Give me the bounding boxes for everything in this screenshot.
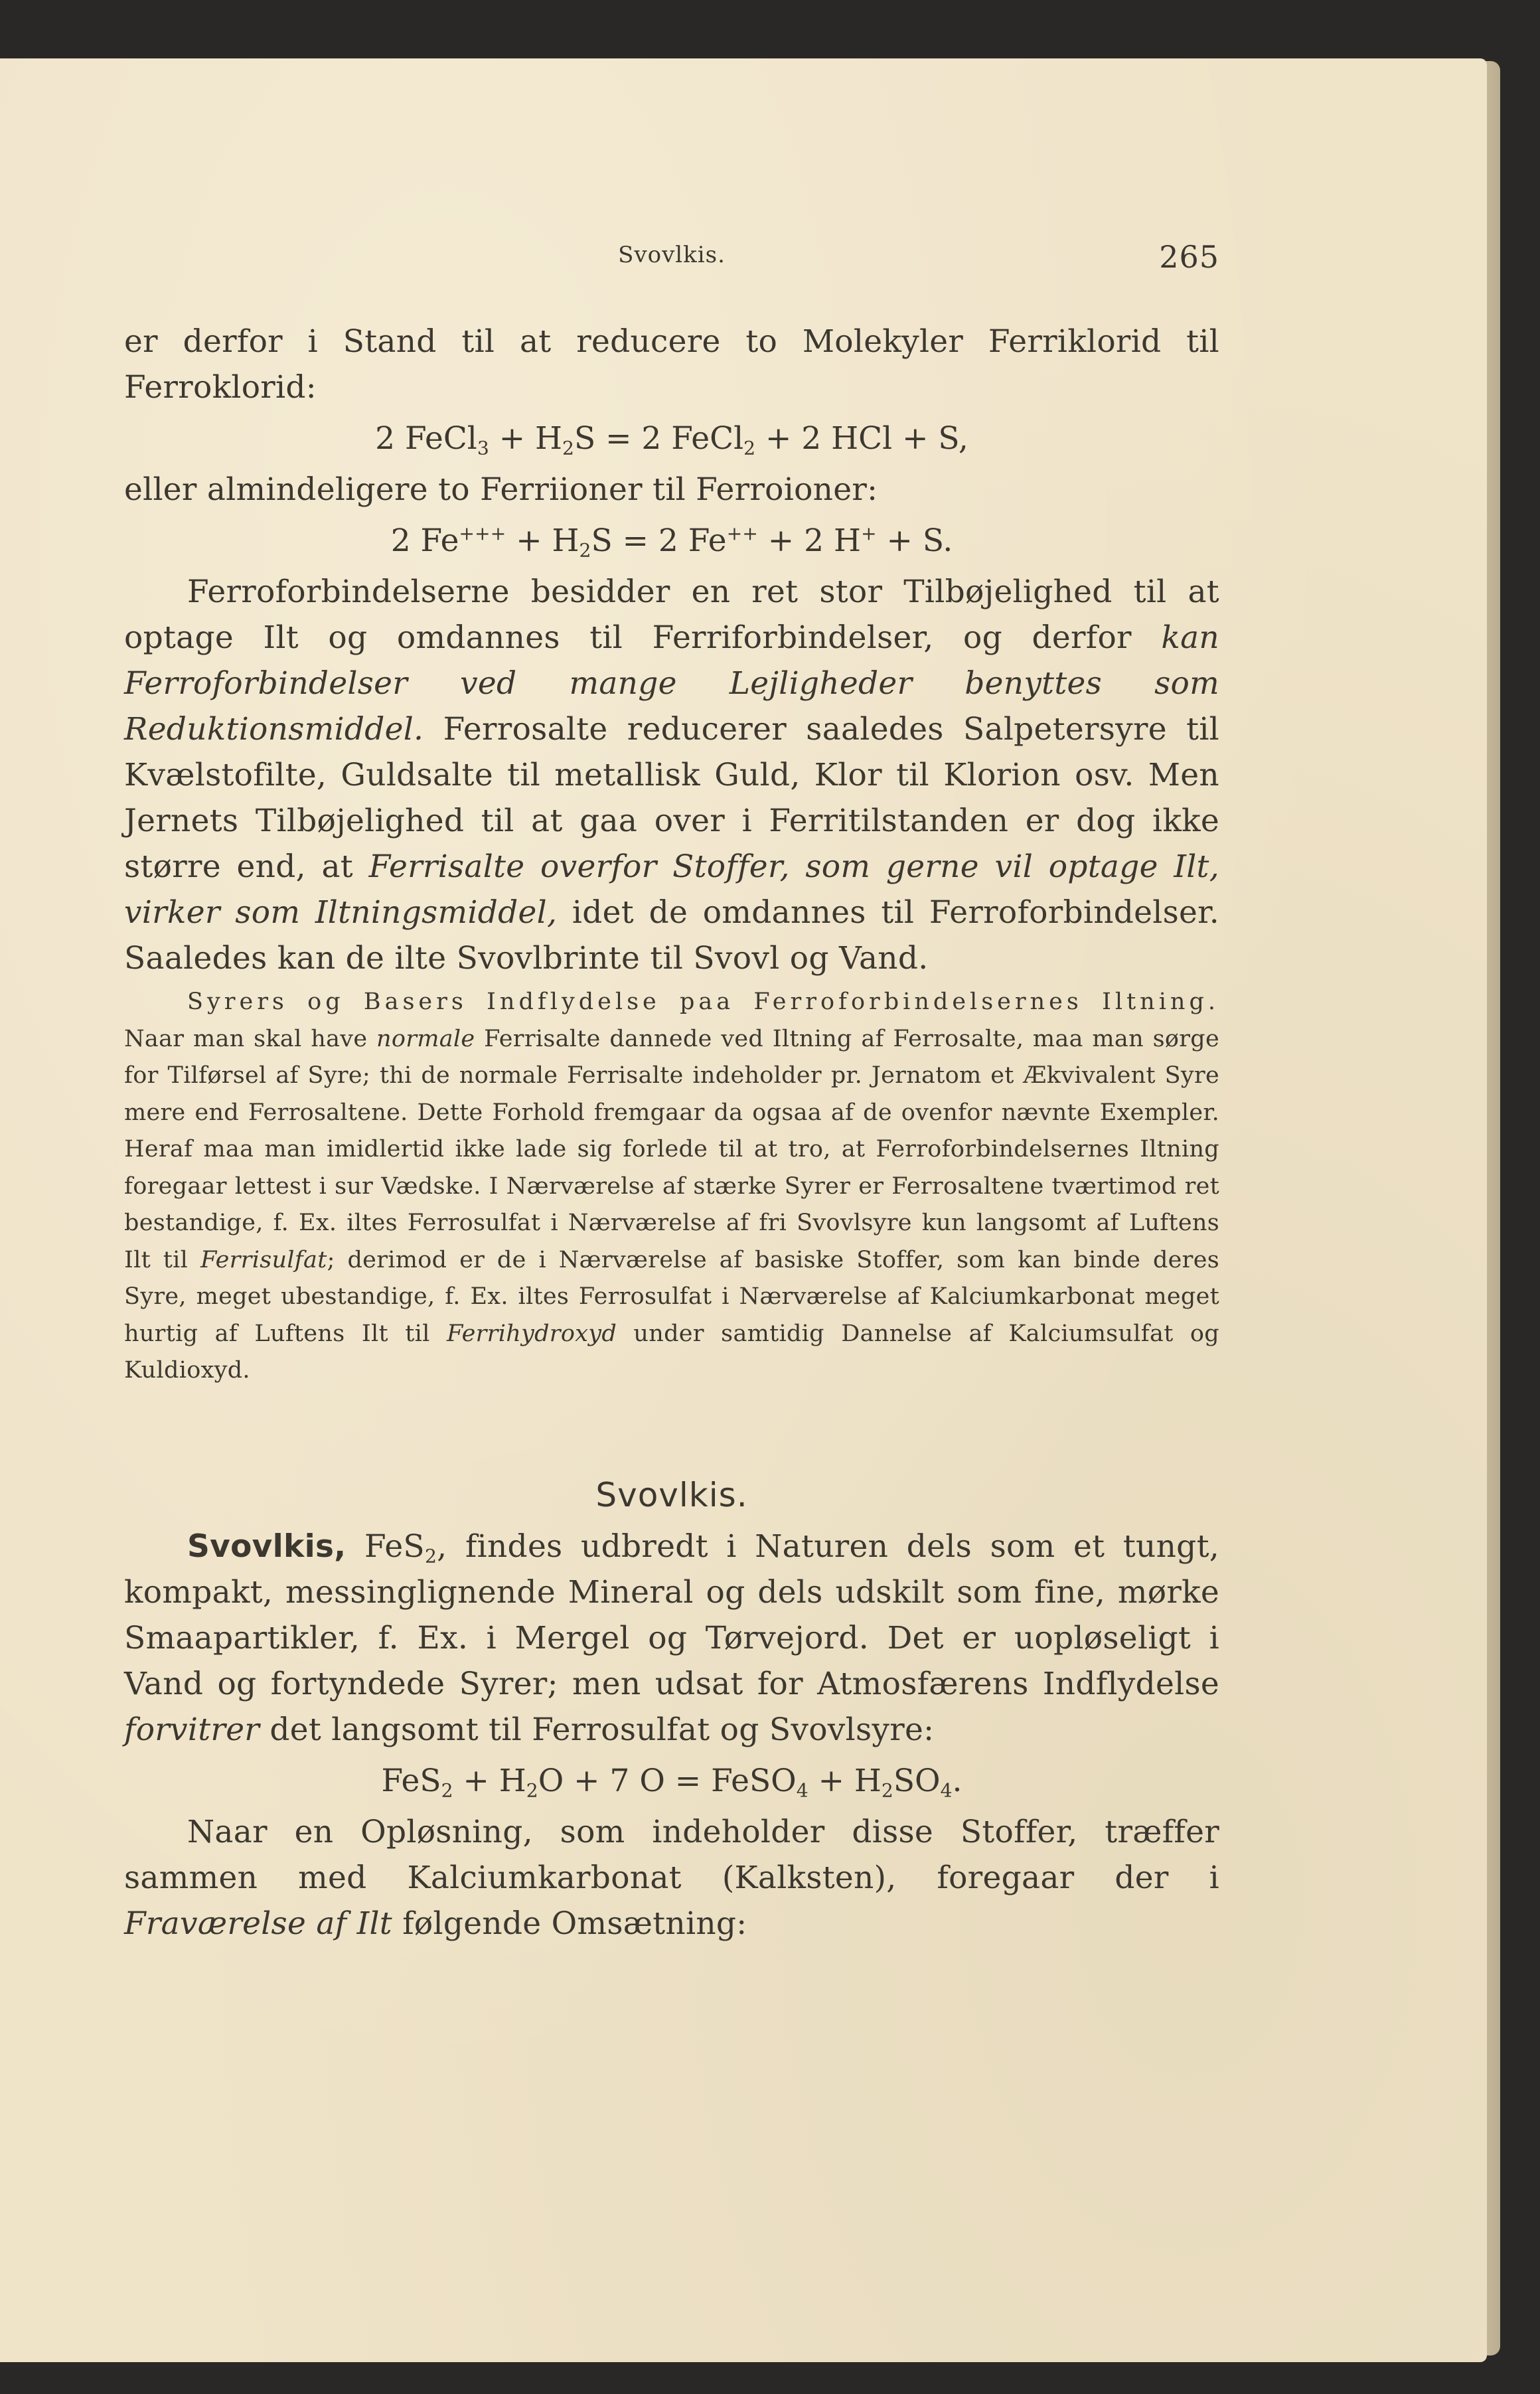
paragraph-small-print-acids-bases: Syrers og Basers Indflydelse paa Ferrofo… bbox=[124, 984, 1219, 1390]
eq-charge: ++ bbox=[727, 522, 758, 544]
paragraph-continuation: er derfor i Stand til at reducere to Mol… bbox=[124, 319, 1219, 410]
eq-term: + 2 HCl + S, bbox=[755, 420, 968, 457]
eq-term: + 2 H bbox=[758, 522, 861, 559]
eq-subscript: 2 bbox=[882, 1779, 893, 1801]
emphasis-text: Fraværelse af Ilt bbox=[124, 1905, 392, 1942]
emphasis-text: Ferrihydroxyd bbox=[447, 1320, 617, 1347]
text-run: Naar man skal have bbox=[124, 1026, 376, 1052]
paragraph-pyrite: Svovlkis, FeS2, findes udbredt i Naturen… bbox=[124, 1524, 1219, 1753]
page-text-block: Svovlkis. 265 er derfor i Stand til at r… bbox=[124, 224, 1219, 1947]
eq-charge: +++ bbox=[459, 522, 506, 544]
eq-term: 2 Fe bbox=[391, 522, 459, 559]
emphasis-text: normale bbox=[376, 1026, 475, 1052]
running-title: Svovlkis. bbox=[124, 242, 1219, 268]
formula-text: FeS bbox=[346, 1528, 425, 1565]
eq-subscript: 2 bbox=[743, 437, 755, 459]
eq-subscript: 2 bbox=[562, 437, 574, 459]
eq-term: FeS bbox=[382, 1763, 441, 1799]
eq-term: + H bbox=[453, 1763, 526, 1799]
eq-term: . bbox=[953, 1763, 963, 1799]
eq-subscript: 4 bbox=[941, 1779, 953, 1801]
eq-term: S = 2 FeCl bbox=[574, 420, 743, 457]
section-heading: Svovlkis. bbox=[124, 1476, 1219, 1514]
equation-pyrite-weathering: FeS2 + H2O + 7 O = FeSO4 + H2SO4. bbox=[124, 1758, 1219, 1804]
formula-subscript: 2 bbox=[425, 1545, 437, 1567]
paragraph-ions-intro: eller almindeligere to Ferriioner til Fe… bbox=[124, 467, 1219, 513]
text-run: Ferrisalte dannede ved Iltning af Ferros… bbox=[124, 1026, 1219, 1273]
eq-charge: + bbox=[861, 522, 877, 544]
equation-ferric-chloride-reduction: 2 FeCl3 + H2S = 2 FeCl2 + 2 HCl + S, bbox=[124, 416, 1219, 461]
text-run: det langsomt til Ferrosulfat og Svovlsyr… bbox=[260, 1712, 934, 1748]
text-run: følgende Omsætning: bbox=[392, 1905, 747, 1942]
spaced-lead-heading: Syrers og Basers Indflydelse paa Ferrofo… bbox=[187, 989, 1219, 1015]
eq-subscript: 2 bbox=[441, 1779, 453, 1801]
eq-term: O + 7 O = FeSO bbox=[538, 1763, 797, 1799]
emphasis-text: Ferrisulfat bbox=[200, 1247, 327, 1273]
eq-term: + H bbox=[489, 420, 562, 457]
running-header: Svovlkis. 265 bbox=[124, 224, 1219, 271]
eq-subscript: 2 bbox=[579, 539, 591, 561]
text-run: Naar en Opløsning, som indeholder disse … bbox=[124, 1814, 1219, 1896]
emphasis-text: forvitrer bbox=[124, 1712, 260, 1748]
paragraph-calcium-carbonate: Naar en Opløsning, som indeholder disse … bbox=[124, 1809, 1219, 1947]
eq-term: + H bbox=[809, 1763, 882, 1799]
eq-term: 2 FeCl bbox=[375, 420, 477, 457]
eq-subscript: 3 bbox=[477, 437, 489, 459]
eq-term: + S. bbox=[877, 522, 953, 559]
eq-term: S = 2 Fe bbox=[591, 522, 726, 559]
page-number: 265 bbox=[1159, 239, 1219, 275]
eq-term: + H bbox=[506, 522, 579, 559]
bold-lead-term: Svovlkis, bbox=[187, 1528, 346, 1565]
eq-term: SO bbox=[893, 1763, 941, 1799]
equation-ferric-ion-reduction: 2 Fe+++ + H2S = 2 Fe++ + 2 H+ + S. bbox=[124, 518, 1219, 564]
paragraph-ferro-compounds: Ferroforbindelserne besidder en ret stor… bbox=[124, 569, 1219, 981]
eq-subscript: 4 bbox=[797, 1779, 809, 1801]
text-run: Ferroforbindelserne besidder en ret stor… bbox=[124, 574, 1219, 656]
eq-subscript: 2 bbox=[526, 1779, 538, 1801]
